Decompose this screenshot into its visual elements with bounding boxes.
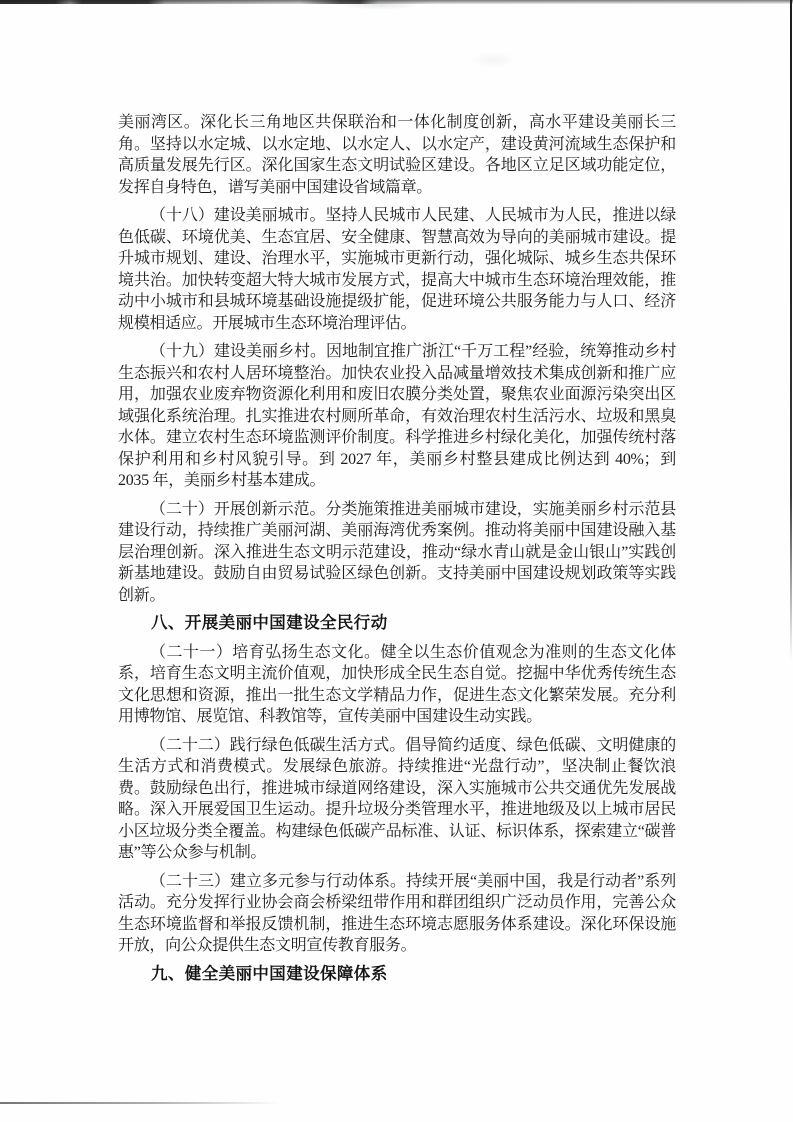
paragraph-item-20-innovation-demonstration: （二十）开展创新示范。分类施策推进美丽城市建设，实施美丽乡村示范县建设行动，持续… <box>118 499 676 607</box>
paragraph-item-22-green-lifestyle: （二十二）践行绿色低碳生活方式。倡导简约适度、绿色低碳、文明健康的生活方式和消费… <box>118 735 676 864</box>
document-body: 美丽湾区。深化长三角地区共保联治和一体化制度创新，高水平建设美丽长三角。坚持以水… <box>118 112 676 992</box>
scan-artifact-bottom-edge <box>0 1102 280 1104</box>
scan-noise-smudge <box>340 0 420 10</box>
paragraph-item-19-beautiful-villages: （十九）建设美丽乡村。因地制宜推广浙江“千万工程”经验，统筹推动乡村生态振兴和农… <box>118 341 676 492</box>
section-heading-8-national-action: 八、开展美丽中国建设全民行动 <box>118 613 676 635</box>
section-heading-9-support-system: 九、健全美丽中国建设保障体系 <box>118 964 676 986</box>
scan-artifact-right-edge <box>790 0 792 660</box>
paragraph-item-23-participation-system: （二十三）建立多元参与行动体系。持续开展“美丽中国，我是行动者”系列活动。充分发… <box>118 871 676 957</box>
document-page: 美丽湾区。深化长三角地区共保联治和一体化制度创新，高水平建设美丽长三角。坚持以水… <box>0 0 793 1122</box>
paragraph-item-21-ecological-culture: （二十一）培育弘扬生态文化。健全以生态价值观念为准则的生态文化体系，培育生态文明… <box>118 642 676 728</box>
paragraph-item-18-beautiful-cities: （十八）建设美丽城市。坚持人民城市人民建、人民城市为人民，推进以绿色低碳、环境优… <box>118 205 676 334</box>
paragraph-region-continuation: 美丽湾区。深化长三角地区共保联治和一体化制度创新，高水平建设美丽长三角。坚持以水… <box>118 112 676 198</box>
scan-noise-smudge <box>470 52 516 68</box>
